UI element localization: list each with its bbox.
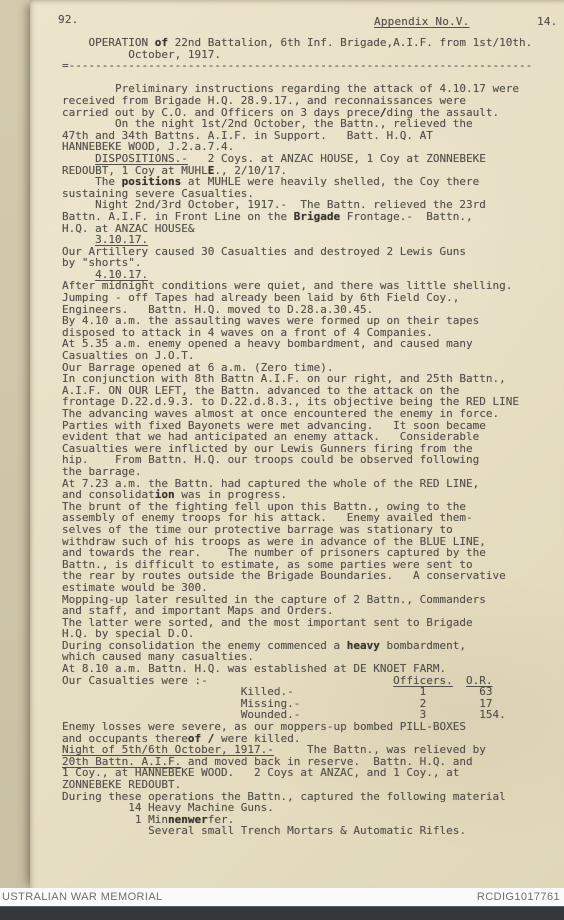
appendix-title: Appendix No.V.	[374, 15, 470, 28]
footer-archive-name: USTRALIAN WAR MEMORIAL	[2, 891, 163, 903]
body-line: Several small Trench Mortars & Automatic…	[62, 825, 564, 837]
scanned-document-viewer: 92. Appendix No.V. 14. OPERATION of 22nd…	[0, 0, 564, 920]
footer-bar: USTRALIAN WAR MEMORIAL RCDIG1017761	[0, 888, 564, 920]
page-number-right: 14.	[537, 15, 557, 28]
document-page: 92. Appendix No.V. 14. OPERATION of 22nd…	[30, 0, 564, 888]
document-body: OPERATION of 22nd Battalion, 6th Inf. Br…	[62, 37, 564, 837]
body-line: =---------------------------------------…	[62, 60, 564, 72]
page-number-left: 92.	[58, 13, 78, 26]
footer-record-id: RCDIG1017761	[477, 891, 560, 903]
bottom-bar	[0, 906, 564, 920]
